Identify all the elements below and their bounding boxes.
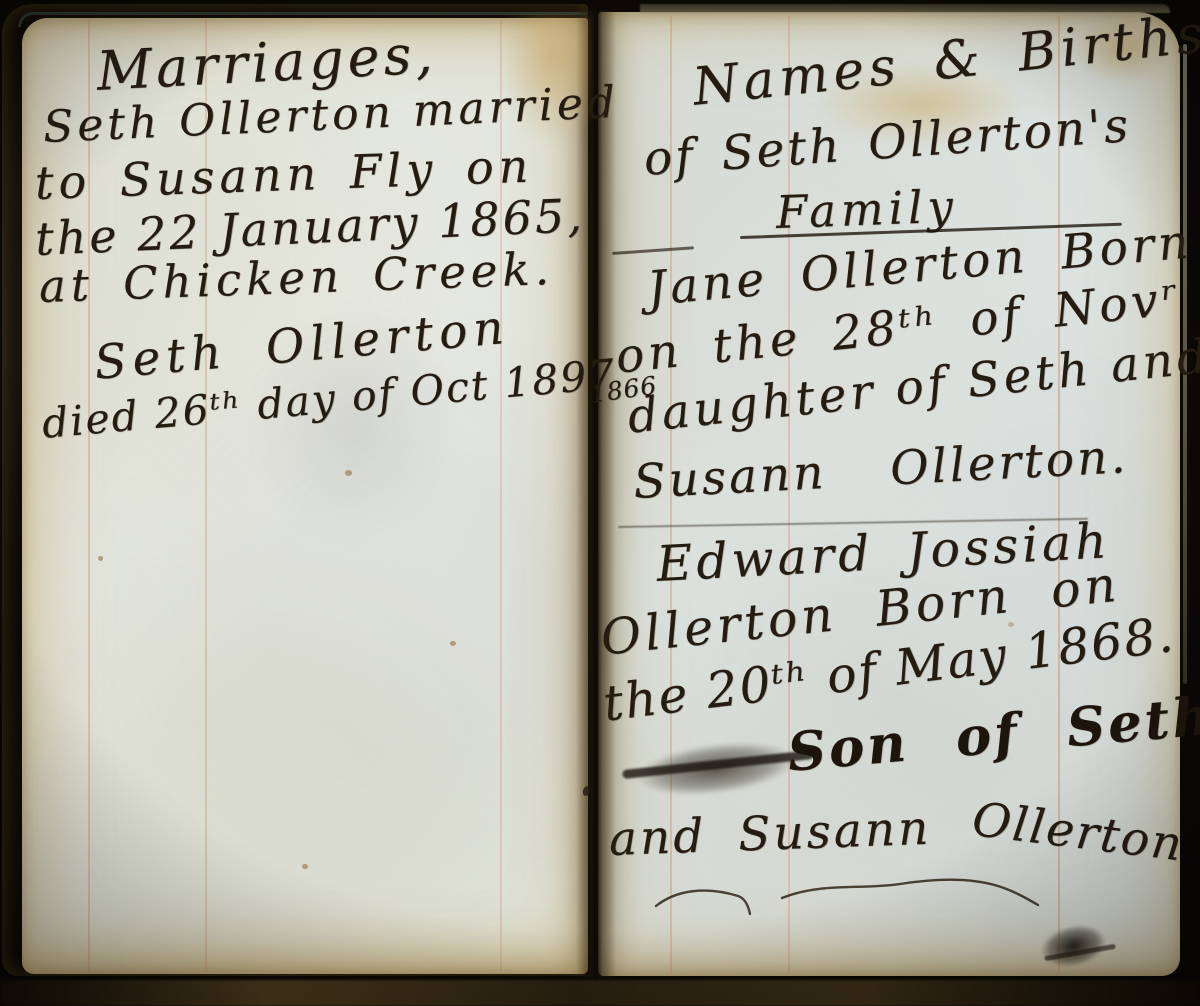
foxing-spot [450,641,456,646]
page-edge [640,4,1170,13]
notebook-photo: Marriages, Seth Ollerton married to Susa… [0,0,1200,1006]
foxing-spot [98,556,103,561]
book-bottom-edge [0,980,1200,1006]
flourish-line [642,872,1048,936]
foxing-spot [345,470,352,476]
foxing-spot [302,864,308,869]
